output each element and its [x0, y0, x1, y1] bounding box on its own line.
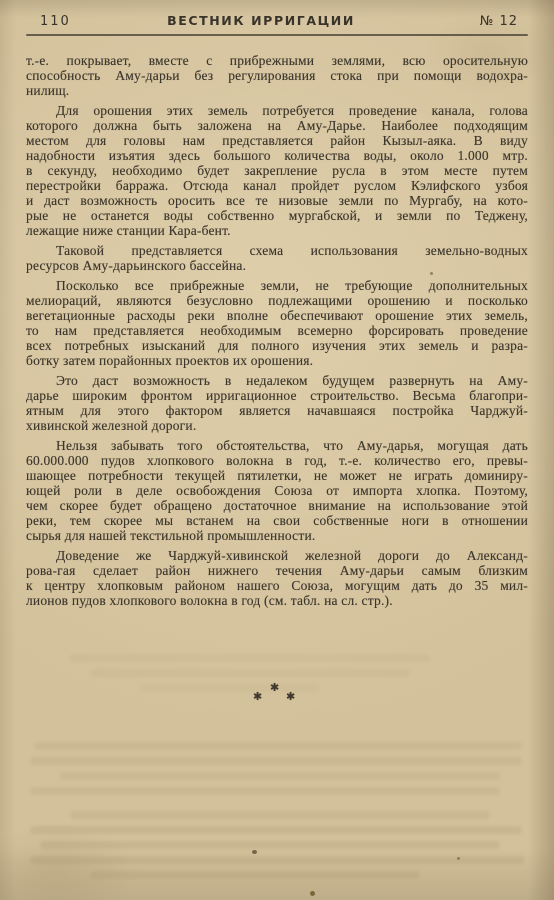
text-line: т.-е. покрывает, вместе с прибрежными зе… [26, 53, 528, 68]
text-line: то нам представляется необходимым всемер… [26, 323, 528, 338]
text-line: хивинской железной дороги. [26, 418, 528, 433]
text-line: ющей роли в деле освобождения Союза от и… [26, 483, 528, 498]
text-line: сырья для нашей текстильной промышленнос… [26, 528, 528, 543]
text-line: местом для головы нам представляется рай… [26, 133, 528, 148]
paragraph: Доведение же Чарджуй-хивинской железной … [26, 548, 528, 608]
text-line: которого должна быть заложена на Аму-Дар… [26, 118, 528, 133]
text-line: к центру хлопковым районом нашего Союза,… [26, 578, 528, 593]
showthrough-line [40, 841, 500, 849]
paper-speck [310, 891, 315, 896]
page-header: 110 ВЕСТНИК ИРРИГАЦИИ № 12 [26, 13, 528, 29]
text-line: способность Аму-дарьи без регулирования … [26, 68, 528, 83]
text-line: и даст возможность оросить все те низовы… [26, 193, 528, 208]
text-line: ятным для этого фактором является начавш… [26, 403, 528, 418]
paper-speck [457, 857, 460, 860]
paragraph: Нельзя забывать того обстоятельства, что… [26, 438, 528, 543]
text-line: лежащие ниже станции Кара-бент. [26, 223, 528, 238]
paragraph: Это даст возможность в недалеком будущем… [26, 373, 528, 433]
text-line: рые не останется воды собственно мургабс… [26, 208, 528, 223]
showthrough-line [90, 871, 420, 879]
text-line: всех потребных изысканий для полного изу… [26, 338, 528, 353]
text-line: Доведение же Чарджуй-хивинской железной … [26, 548, 528, 563]
showthrough-line [30, 856, 525, 864]
text-line: надобности изъятия здесь большого количе… [26, 148, 528, 163]
text-line: Это даст возможность в недалеком будущем… [26, 373, 528, 388]
page-number: 110 [26, 14, 71, 29]
page-content: 110 ВЕСТНИК ИРРИГАЦИИ № 12 т.-е. покрыва… [26, 0, 528, 706]
paragraph: Для орошения этих земель потребуется про… [26, 103, 528, 238]
showthrough-line [30, 826, 522, 834]
text-line: Таковой представляется схема использован… [26, 243, 528, 258]
showthrough-line [70, 811, 490, 819]
text-line: Для орошения этих земель потребуется про… [26, 103, 528, 118]
paper-speck [252, 850, 257, 854]
text-line: чем скорее будет обращено достаточное вн… [26, 498, 528, 513]
text-line: 60.000.000 пудов хлопкового волокна в го… [26, 453, 528, 468]
paragraph: Таковой представляется схема использован… [26, 243, 528, 273]
showthrough-line [30, 787, 500, 795]
text-line: нилищ. [26, 83, 528, 98]
text-line: рова-гая сделает район нижнего течения А… [26, 563, 528, 578]
showthrough-line [60, 772, 500, 780]
asterisk-icon: ✱ [286, 690, 295, 703]
text-line: Посколько все прибрежные земли, не требу… [26, 278, 528, 293]
asterisk-icon: ✱ [253, 690, 262, 703]
asterism-divider: ✱ ✱ ✱ [253, 684, 301, 706]
journal-title: ВЕСТНИК ИРРИГАЦИИ [167, 13, 355, 28]
text-line: лионов пудов хлопкового волокна в год (с… [26, 593, 528, 608]
asterisk-icon: ✱ [270, 681, 279, 694]
showthrough-line [30, 757, 522, 765]
scanned-page: 110 ВЕСТНИК ИРРИГАЦИИ № 12 т.-е. покрыва… [0, 0, 554, 900]
paragraph: Посколько все прибрежные земли, не требу… [26, 278, 528, 368]
text-line: Нельзя забывать того обстоятельства, что… [26, 438, 528, 453]
issue-number: № 12 [480, 14, 528, 29]
text-line: перестройки барража. Отсюда канал пройде… [26, 178, 528, 193]
text-line: мелиораций, являются безусловно подлежащ… [26, 293, 528, 308]
text-line: в секунду, необходимо будет закрепление … [26, 163, 528, 178]
article-body: т.-е. покрывает, вместе с прибрежными зе… [26, 53, 528, 608]
text-line: ботку затем порайонных проектов их ороше… [26, 353, 528, 368]
showthrough-line [34, 742, 522, 750]
text-line: вегетационные расходы реки вполне обеспе… [26, 308, 528, 323]
paragraph: т.-е. покрывает, вместе с прибрежными зе… [26, 53, 528, 98]
text-line: ресурсов Аму-дарьинского бассейна. [26, 258, 528, 273]
header-rule [26, 34, 528, 36]
text-line: шающее потребности текущей пятилетки, не… [26, 468, 528, 483]
text-line: дарье широким фронтом ирригационное стро… [26, 388, 528, 403]
text-line: реки, тем скорее мы встанем на свои собс… [26, 513, 528, 528]
